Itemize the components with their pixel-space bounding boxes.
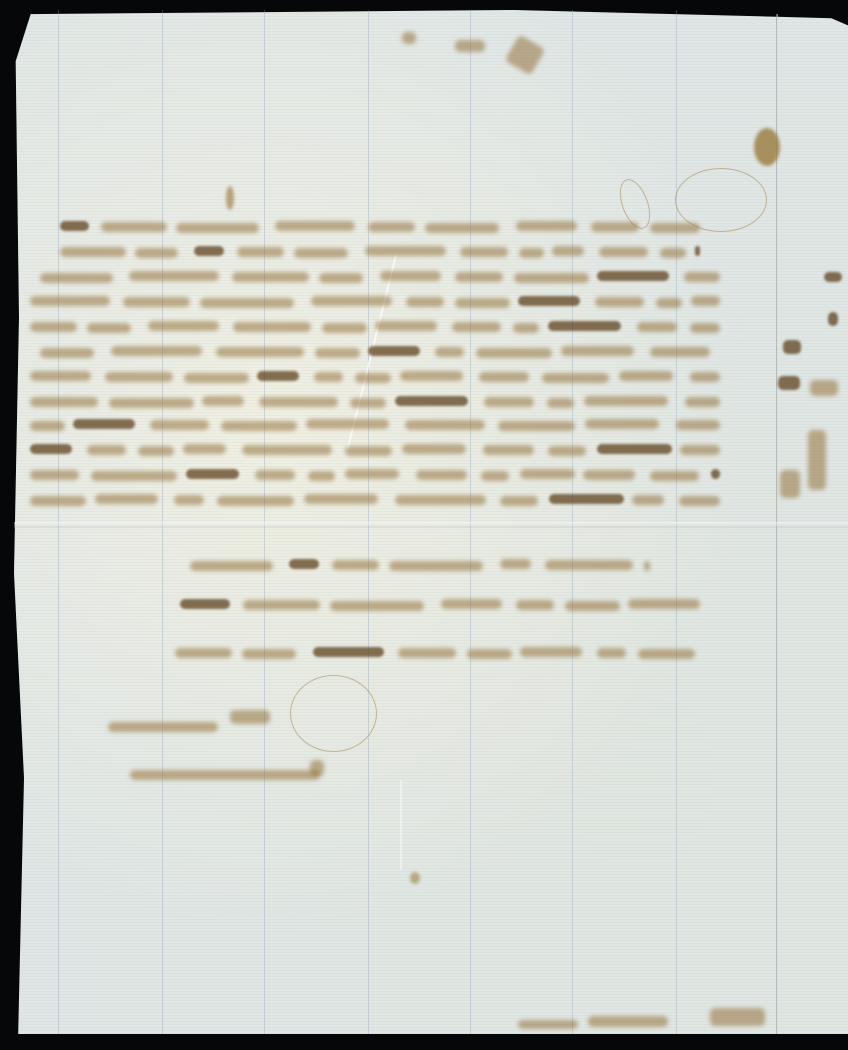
ink-word xyxy=(375,321,437,331)
ink-word xyxy=(483,445,534,455)
ink-word xyxy=(597,271,669,281)
ink-word xyxy=(105,372,173,382)
ink-word xyxy=(202,396,244,406)
ink-spot xyxy=(410,872,420,884)
ink-word xyxy=(500,496,538,506)
ink-word xyxy=(500,559,531,569)
ink-word xyxy=(599,247,648,257)
ink-word xyxy=(690,323,720,333)
ink-word xyxy=(243,600,320,610)
ink-word xyxy=(242,445,332,455)
ink-word xyxy=(183,444,226,454)
ink-word xyxy=(690,372,720,382)
ink-word xyxy=(87,323,131,333)
ink-word xyxy=(425,223,499,233)
ink-word xyxy=(695,246,700,256)
ink-word xyxy=(255,470,295,480)
ink-word xyxy=(138,446,174,456)
ink-word xyxy=(304,494,378,504)
ink-word xyxy=(368,222,415,232)
ink-word xyxy=(435,347,464,357)
ink-word xyxy=(591,222,639,232)
ink-word xyxy=(311,296,392,306)
ink-word xyxy=(619,371,673,381)
ink-word xyxy=(184,373,249,383)
ink-word xyxy=(232,272,309,282)
ink-word xyxy=(650,347,710,357)
ink-word xyxy=(322,323,367,333)
ink-word xyxy=(711,469,720,479)
ink-word xyxy=(332,560,379,570)
ink-word xyxy=(257,371,299,381)
ink-word xyxy=(406,297,444,307)
ink-word xyxy=(135,248,178,258)
ink-word xyxy=(565,601,620,611)
ink-word xyxy=(30,444,72,454)
ink-word xyxy=(584,396,668,406)
ink-word xyxy=(294,248,348,258)
ink-word xyxy=(514,273,589,283)
ink-word xyxy=(40,348,94,358)
ink-word xyxy=(441,599,502,609)
ink-word xyxy=(319,273,363,283)
ink-word xyxy=(516,600,554,610)
ink-word xyxy=(129,271,219,281)
ink-word xyxy=(583,470,635,480)
ink-word xyxy=(30,397,98,407)
ink-word xyxy=(552,246,584,256)
ink-word xyxy=(519,248,544,258)
ink-word xyxy=(520,469,575,479)
ink-word xyxy=(644,561,650,571)
ink-word xyxy=(308,471,335,481)
ink-word xyxy=(452,322,501,332)
ink-word xyxy=(355,373,391,383)
ink-word xyxy=(637,322,677,332)
ink-word xyxy=(73,419,135,429)
ink-word xyxy=(350,398,386,408)
ink-word xyxy=(455,298,510,308)
ink-word xyxy=(237,247,284,257)
ink-word xyxy=(330,601,424,611)
ink-word xyxy=(481,471,509,481)
ink-word xyxy=(389,561,483,571)
ink-word xyxy=(91,471,177,481)
ink-word xyxy=(516,221,577,231)
ink-word xyxy=(547,398,574,408)
ink-word xyxy=(95,494,158,504)
ink-word xyxy=(186,469,239,479)
ink-word xyxy=(395,396,468,406)
ink-word xyxy=(650,471,699,481)
ink-word xyxy=(548,321,621,331)
ink-word xyxy=(561,346,634,356)
horizontal-fold xyxy=(14,522,848,528)
ink-word xyxy=(190,561,273,571)
ink-word xyxy=(315,348,360,358)
ink-word xyxy=(632,495,664,505)
ink-word xyxy=(111,346,202,356)
ink-word xyxy=(595,297,644,307)
ink-word xyxy=(638,649,695,659)
ink-word xyxy=(306,419,389,429)
ink-word xyxy=(398,648,456,658)
ink-word xyxy=(30,296,110,306)
ink-word xyxy=(60,247,126,257)
ink-word xyxy=(455,272,503,282)
ink-word xyxy=(216,347,304,357)
flourish-loop xyxy=(290,675,377,752)
ink-word xyxy=(684,272,720,282)
ink-word xyxy=(174,495,204,505)
ink-word xyxy=(402,444,466,454)
ink-word xyxy=(548,446,586,456)
ink-word xyxy=(460,247,508,257)
ink-word xyxy=(545,560,633,570)
ink-word xyxy=(345,446,392,456)
ink-word xyxy=(217,496,294,506)
ink-word xyxy=(30,470,79,480)
ink-spot xyxy=(226,186,234,210)
ink-word xyxy=(660,248,686,258)
ink-word xyxy=(479,372,529,382)
ink-word xyxy=(467,649,512,659)
ink-word xyxy=(549,494,624,504)
ink-word xyxy=(513,323,539,333)
ink-word xyxy=(484,397,534,407)
ink-word xyxy=(400,371,463,381)
ink-word xyxy=(109,398,194,408)
ink-word xyxy=(180,599,230,609)
ink-word xyxy=(585,419,659,429)
ink-word xyxy=(380,271,441,281)
ink-word xyxy=(30,371,91,381)
ink-word xyxy=(194,246,224,256)
ink-word xyxy=(313,647,384,657)
ink-word xyxy=(101,222,167,232)
ink-word xyxy=(289,559,319,569)
ink-word xyxy=(148,321,219,331)
ink-word xyxy=(518,296,580,306)
ink-word xyxy=(679,496,720,506)
ink-word xyxy=(542,373,609,383)
ink-word xyxy=(242,649,296,659)
ink-word xyxy=(60,221,89,231)
ink-word xyxy=(498,421,575,431)
ink-word xyxy=(200,298,294,308)
ink-word xyxy=(680,445,720,455)
ink-word xyxy=(30,496,86,506)
paper-crease xyxy=(400,780,402,870)
ink-word xyxy=(30,421,65,431)
ink-word xyxy=(685,397,720,407)
ink-word xyxy=(656,298,682,308)
ink-word xyxy=(395,495,486,505)
ink-word xyxy=(175,648,232,658)
ink-word xyxy=(221,421,297,431)
ink-word xyxy=(597,444,672,454)
ink-word xyxy=(650,223,700,233)
ink-stain xyxy=(754,128,780,166)
ink-word xyxy=(314,372,343,382)
ink-word xyxy=(87,445,126,455)
ink-word xyxy=(233,322,311,332)
ink-word xyxy=(416,470,467,480)
ink-word xyxy=(597,648,626,658)
ink-word xyxy=(628,599,700,609)
ink-word xyxy=(691,296,720,306)
ink-word xyxy=(30,322,77,332)
ink-word xyxy=(176,223,259,233)
ink-word xyxy=(405,420,485,430)
ink-word xyxy=(365,246,446,256)
ink-word xyxy=(476,348,552,358)
ink-word xyxy=(520,647,582,657)
ink-word xyxy=(150,420,209,430)
ink-word xyxy=(40,273,113,283)
ink-word xyxy=(345,469,399,479)
ink-word xyxy=(123,297,190,307)
ink-word xyxy=(368,346,420,356)
ink-word xyxy=(259,397,338,407)
ink-word xyxy=(676,420,720,430)
ink-word xyxy=(275,221,355,231)
